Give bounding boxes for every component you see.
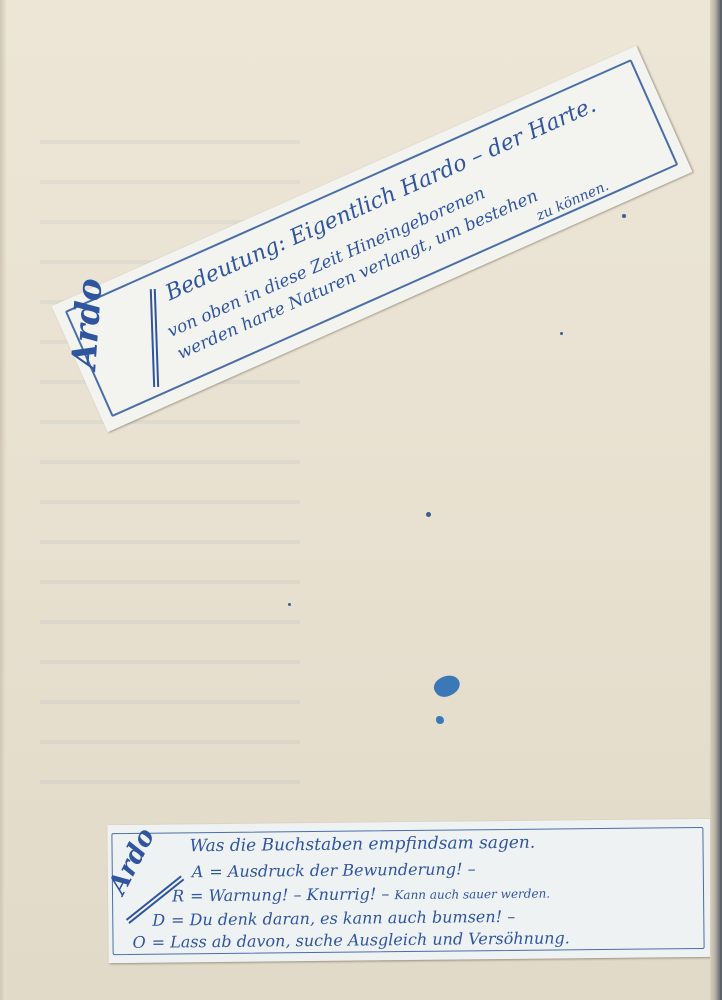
ink-dot <box>560 332 563 335</box>
bottom-paper-slip: Ardo Was die Buchstaben empfindsam sagen… <box>107 819 712 963</box>
ink-dot <box>426 512 431 517</box>
entry-text: = Warnung! – Knurrig! – <box>190 884 389 905</box>
entry-letter: A <box>192 862 204 881</box>
ink-blot <box>431 671 464 701</box>
ink-dot <box>288 603 291 606</box>
letter-entry-a: A= Ausdruck der Bewunderung! – <box>192 859 476 881</box>
entry-text: = Du denk daran, es kann auch bumsen! – <box>171 907 515 930</box>
entry-letter: D <box>152 911 165 930</box>
letter-entry-r: R= Warnung! – Knurrig! – Kann auch sauer… <box>172 883 550 906</box>
entry-text: = Ausdruck der Bewunderung! – <box>209 859 475 881</box>
entry-letter: R <box>172 886 184 905</box>
page-left-edge <box>0 0 6 1000</box>
entry-letter: O <box>132 933 145 952</box>
ink-dot <box>622 214 626 218</box>
entry-note: Kann auch sauer werden. <box>394 887 550 903</box>
intro-line: Was die Buchstaben empfindsam sagen. <box>189 833 535 857</box>
letter-entry-d: D= Du denk daran, es kann auch bumsen! – <box>152 907 515 930</box>
slip-heading: Ardo <box>64 277 110 370</box>
notebook-page: Ardo Bedeutung: Eigentlich Hardo – der H… <box>0 0 712 1000</box>
ink-blot-small <box>436 716 444 724</box>
